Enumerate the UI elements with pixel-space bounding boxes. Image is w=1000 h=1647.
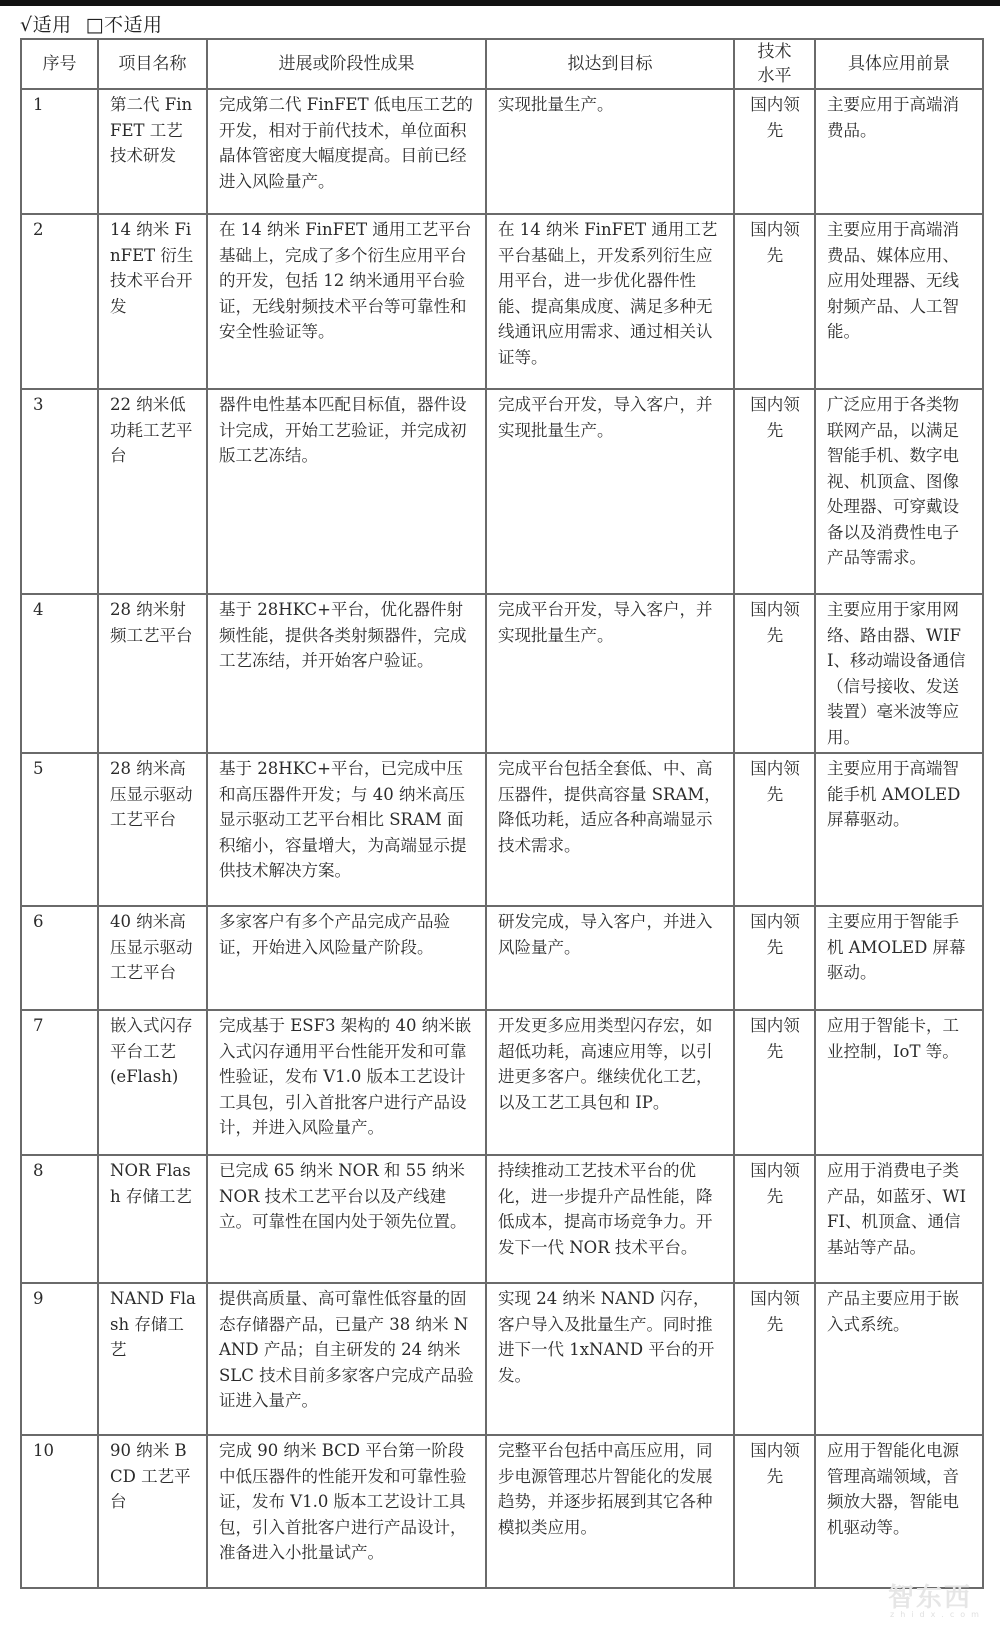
cell-no: 7 (21, 1010, 98, 1155)
cell-no: 10 (21, 1435, 98, 1588)
cell-no: 3 (21, 389, 98, 594)
cell-no: 1 (21, 89, 98, 214)
table-row: 4 28 纳米射频工艺平台 基于 28HKC+平台，优化器件射频性能，提供各类射… (21, 594, 983, 753)
cell-no: 2 (21, 214, 98, 389)
watermark-logo: 智东西 zhidx.com (888, 1577, 985, 1619)
cell-target: 研发完成，导入客户，并进入风险量产。 (486, 906, 734, 1010)
cell-target: 在 14 纳米 FinFET 通用工艺平台基础上，开发系列衍生应用平台，进一步优… (486, 214, 734, 389)
table-row: 3 22 纳米低功耗工艺平台 器件电性基本匹配目标值，器件设计完成，开始工艺验证… (21, 389, 983, 594)
table-header-row: 序号 项目名称 进展或阶段性成果 拟达到目标 技术水平 具体应用前景 (21, 39, 983, 89)
cell-project-name: 40 纳米高压显示驱动工艺平台 (98, 906, 207, 1010)
cell-tech-level: 国内领先 (734, 906, 815, 1010)
table-row: 1 第二代 FinFET 工艺技术研发 完成第二代 FinFET 低电压工艺的开… (21, 89, 983, 214)
cell-application: 主要应用于智能手机 AMOLED 屏幕驱动。 (815, 906, 983, 1010)
table-row: 6 40 纳米高压显示驱动工艺平台 多家客户有多个产品完成产品验证，开始进入风险… (21, 906, 983, 1010)
cell-application: 应用于智能卡，工业控制，IoT 等。 (815, 1010, 983, 1155)
cell-tech-level: 国内领先 (734, 89, 815, 214)
cell-progress: 完成第二代 FinFET 低电压工艺的开发，相对于前代技术，单位面积晶体管密度大… (207, 89, 486, 214)
watermark-text: 智东西 (888, 1583, 972, 1613)
cell-no: 8 (21, 1155, 98, 1283)
cell-tech-level: 国内领先 (734, 1435, 815, 1588)
cell-progress: 在 14 纳米 FinFET 通用工艺平台基础上，完成了多个衍生应用平台的开发，… (207, 214, 486, 389)
cell-target: 完成平台开发，导入客户，并实现批量生产。 (486, 389, 734, 594)
watermark-subtext: zhidx.com (888, 1610, 985, 1619)
applicability-options: √适用□不适用 (20, 10, 177, 37)
table-row: 9 NAND Flash 存储工艺 提供高质量、高可靠性低容量的固态存储器产品，… (21, 1283, 983, 1435)
header-progress: 进展或阶段性成果 (207, 39, 486, 89)
header-target: 拟达到目标 (486, 39, 734, 89)
cell-project-name: 90 纳米 BCD 工艺平台 (98, 1435, 207, 1588)
cell-progress: 多家客户有多个产品完成产品验证，开始进入风险量产阶段。 (207, 906, 486, 1010)
table-row: 7 嵌入式闪存平台工艺 (eFlash) 完成基于 ESF3 架构的 40 纳米… (21, 1010, 983, 1155)
cell-project-name: 28 纳米射频工艺平台 (98, 594, 207, 753)
cell-tech-level: 国内领先 (734, 753, 815, 906)
cell-progress: 已完成 65 纳米 NOR 和 55 纳米 NOR 技术工艺平台以及产线建立。可… (207, 1155, 486, 1283)
cell-application: 主要应用于高端消费品。 (815, 89, 983, 214)
cell-target: 持续推动工艺技术平台的优化，进一步提升产品性能，降低成本，提高市场竞争力。开发下… (486, 1155, 734, 1283)
table-row: 10 90 纳米 BCD 工艺平台 完成 90 纳米 BCD 平台第一阶段中低压… (21, 1435, 983, 1588)
cell-application: 主要应用于高端消费品、媒体应用、应用处理器、无线射频产品、人工智能。 (815, 214, 983, 389)
cell-target: 完整平台包括中高压应用，同步电源管理芯片智能化的发展趋势，并逐步拓展到其它各种模… (486, 1435, 734, 1588)
table-row: 5 28 纳米高压显示驱动工艺平台 基于 28HKC+平台，已完成中压和高压器件… (21, 753, 983, 906)
cell-progress: 完成 90 纳米 BCD 平台第一阶段中低压器件的性能开发和可靠性验证，发布 V… (207, 1435, 486, 1588)
cell-target: 完成平台开发，导入客户，并实现批量生产。 (486, 594, 734, 753)
cell-project-name: 28 纳米高压显示驱动工艺平台 (98, 753, 207, 906)
cell-progress: 基于 28HKC+平台，已完成中压和高压器件开发；与 40 纳米高压显示驱动工艺… (207, 753, 486, 906)
cell-target: 实现批量生产。 (486, 89, 734, 214)
cell-application: 产品主要应用于嵌入式系统。 (815, 1283, 983, 1435)
cell-no: 5 (21, 753, 98, 906)
cell-no: 6 (21, 906, 98, 1010)
cell-tech-level: 国内领先 (734, 389, 815, 594)
not-applicable-option: □不适用 (86, 14, 163, 36)
cell-progress: 提供高质量、高可靠性低容量的固态存储器产品，已量产 38 纳米 NAND 产品；… (207, 1283, 486, 1435)
cell-project-name: NOR Flash 存储工艺 (98, 1155, 207, 1283)
cell-target: 完成平台包括全套低、中、高压器件，提供高容量 SRAM，降低功耗，适应各种高端显… (486, 753, 734, 906)
cell-target: 实现 24 纳米 NAND 闪存，客户导入及批量生产。同时推进下一代 1xNAN… (486, 1283, 734, 1435)
cell-tech-level: 国内领先 (734, 594, 815, 753)
top-border-bar (0, 0, 1000, 6)
cell-application: 应用于消费电子类产品，如蓝牙、WIFI、机顶盒、通信基站等产品。 (815, 1155, 983, 1283)
table-row: 8 NOR Flash 存储工艺 已完成 65 纳米 NOR 和 55 纳米 N… (21, 1155, 983, 1283)
cell-project-name: 嵌入式闪存平台工艺 (eFlash) (98, 1010, 207, 1155)
cell-project-name: 22 纳米低功耗工艺平台 (98, 389, 207, 594)
cell-progress: 器件电性基本匹配目标值，器件设计完成，开始工艺验证，并完成初版工艺冻结。 (207, 389, 486, 594)
cell-tech-level: 国内领先 (734, 1155, 815, 1283)
cell-application: 主要应用于高端智能手机 AMOLED 屏幕驱动。 (815, 753, 983, 906)
cell-project-name: NAND Flash 存储工艺 (98, 1283, 207, 1435)
table-row: 2 14 纳米 FinFET 衍生技术平台开发 在 14 纳米 FinFET 通… (21, 214, 983, 389)
cell-application: 应用于智能化电源管理高端领域，音频放大器，智能电机驱动等。 (815, 1435, 983, 1588)
cell-tech-level: 国内领先 (734, 1010, 815, 1155)
header-application: 具体应用前景 (815, 39, 983, 89)
rd-projects-table: 序号 项目名称 进展或阶段性成果 拟达到目标 技术水平 具体应用前景 1 第二代… (20, 38, 984, 1589)
cell-tech-level: 国内领先 (734, 1283, 815, 1435)
header-no: 序号 (21, 39, 98, 89)
header-tech-level: 技术水平 (734, 39, 815, 89)
cell-tech-level: 国内领先 (734, 214, 815, 389)
header-project-name: 项目名称 (98, 39, 207, 89)
applicable-option: √适用 (20, 14, 72, 36)
cell-no: 4 (21, 594, 98, 753)
cell-application: 主要应用于家用网络、路由器、WIFI、移动端设备通信（信号接收、发送装置）毫米波… (815, 594, 983, 753)
cell-no: 9 (21, 1283, 98, 1435)
cell-progress: 完成基于 ESF3 架构的 40 纳米嵌入式闪存通用平台性能开发和可靠性验证，发… (207, 1010, 486, 1155)
cell-project-name: 14 纳米 FinFET 衍生技术平台开发 (98, 214, 207, 389)
cell-progress: 基于 28HKC+平台，优化器件射频性能，提供各类射频器件，完成工艺冻结，并开始… (207, 594, 486, 753)
cell-application: 广泛应用于各类物联网产品，以满足智能手机、数字电视、机顶盒、图像处理器、可穿戴设… (815, 389, 983, 594)
cell-project-name: 第二代 FinFET 工艺技术研发 (98, 89, 207, 214)
cell-target: 开发更多应用类型闪存宏，如超低功耗，高速应用等，以引进更多客户。继续优化工艺，以… (486, 1010, 734, 1155)
